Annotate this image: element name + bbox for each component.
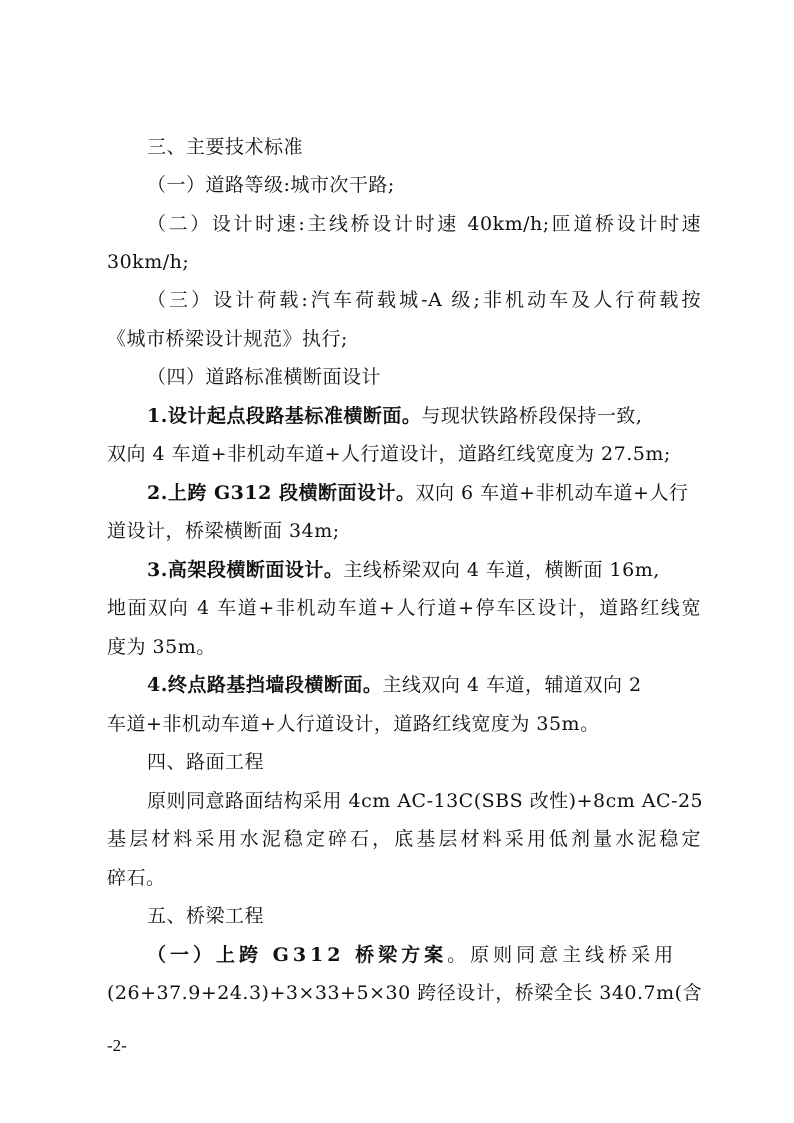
paragraph-item-4-cont: 车道+非机动车道+人行道设计，道路红线宽度为 35m。 xyxy=(107,712,701,736)
item-2-text: 双向 6 车道+非机动车道+人行 xyxy=(415,482,688,504)
section-heading-technical-standards: 三、主要技术标准 xyxy=(147,135,701,159)
item-4-text: 主线双向 4 车道，辅道双向 2 xyxy=(382,674,641,696)
paragraph-pavement-cont2: 碎石。 xyxy=(107,866,701,890)
item-1-title: 1.设计起点段路基标准横断面。 xyxy=(147,405,421,427)
item-3-text: 主线桥梁双向 4 车道，横断面 16m, xyxy=(343,559,659,581)
paragraph-bridge-plan-cont: (26+37.9+24.3)+3×33+5×30 跨径设计，桥梁全长 340.7… xyxy=(107,981,701,1005)
paragraph-item-3: 3.高架段横断面设计。主线桥梁双向 4 车道，横断面 16m, xyxy=(147,558,701,582)
paragraph-design-load: （三）设计荷载:汽车荷载城-A 级;非机动车及人行荷载按 xyxy=(147,288,701,312)
item-1-text: 与现状铁路桥段保持一致, xyxy=(421,405,642,427)
paragraph-item-2-cont: 道设计，桥梁横断面 34m; xyxy=(107,519,701,543)
paragraph-item-1-cont: 双向 4 车道+非机动车道+人行道设计，道路红线宽度为 27.5m; xyxy=(107,442,701,466)
bridge-plan-title: （一）上跨 G312 桥梁方案 xyxy=(147,944,447,966)
paragraph-item-1: 1.设计起点段路基标准横断面。与现状铁路桥段保持一致, xyxy=(147,404,701,428)
paragraph-design-speed-cont: 30km/h; xyxy=(107,250,701,274)
bridge-plan-text: 。原则同意主线桥采用 xyxy=(447,944,677,966)
paragraph-pavement: 原则同意路面结构采用 4cm AC-13C(SBS 改性)+8cm AC-25C… xyxy=(147,789,701,813)
paragraph-cross-section-heading: （四）道路标准横断面设计 xyxy=(147,365,701,389)
paragraph-design-speed: （二）设计时速:主线桥设计时速 40km/h;匝道桥设计时速 xyxy=(147,212,701,236)
section-heading-pavement: 四、路面工程 xyxy=(147,750,701,774)
paragraph-item-2: 2.上跨 G312 段横断面设计。双向 6 车道+非机动车道+人行 xyxy=(147,481,701,505)
page-number: -2- xyxy=(107,1036,127,1056)
item-3-title: 3.高架段横断面设计。 xyxy=(147,559,343,581)
item-2-title: 2.上跨 G312 段横断面设计。 xyxy=(147,482,415,504)
paragraph-pavement-cont: 基层材料采用水泥稳定碎石，底基层材料采用低剂量水泥稳定 xyxy=(107,827,701,851)
paragraph-item-3-cont2: 度为 35m。 xyxy=(107,635,701,659)
item-4-title: 4.终点路基挡墙段横断面。 xyxy=(147,674,382,696)
paragraph-design-load-cont: 《城市桥梁设计规范》执行; xyxy=(107,327,701,351)
paragraph-item-3-cont: 地面双向 4 车道+非机动车道+人行道+停车区设计，道路红线宽 xyxy=(107,596,701,620)
paragraph-item-4: 4.终点路基挡墙段横断面。主线双向 4 车道，辅道双向 2 xyxy=(147,673,701,697)
paragraph-bridge-plan: （一）上跨 G312 桥梁方案。原则同意主线桥采用 xyxy=(147,943,701,967)
section-heading-bridge: 五、桥梁工程 xyxy=(147,904,701,928)
paragraph-road-grade: （一）道路等级:城市次干路; xyxy=(147,173,701,197)
